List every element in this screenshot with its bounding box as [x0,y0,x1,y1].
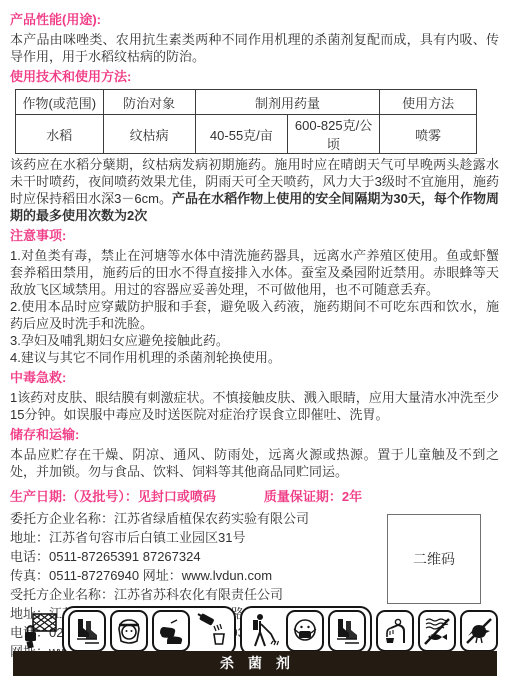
section-title-performance: 产品性能(用途): [10,12,499,28]
toxic-to-birds-icon [460,610,498,652]
col-header-target: 防治对象 [103,90,195,115]
section-title-first-aid: 中毒急救: [10,370,499,386]
precaution-item: 4.建议与其它不同作用机理的杀菌剂轮换使用。 [10,349,499,366]
precaution-item: 3.孕妇及哺乳期妇女应避免接触此药。 [10,332,499,349]
qr-code-label: 二维码 [413,549,455,569]
qr-code-placeholder: 二维码 [387,514,481,604]
warranty-label: 质量保证期：2年 [264,486,362,505]
col-header-method: 使用方法 [380,90,477,115]
wear-gloves-icon [152,610,190,652]
wear-mask-icon [286,610,324,652]
usage-table-header-row: 作物(或范围) 防治对象 制剂用药量 使用方法 [16,90,477,115]
cell-method: 喷雾 [380,115,477,154]
careful-pouring-icon [194,611,230,651]
production-date-line: 生产日期:（及批号）：见封口或喷码 质量保证期：2年 [10,486,499,505]
precaution-item: 1.对鱼类有毒，禁止在河塘等水体中清洗施药器具，远离水产养殖区使用。鱼或虾蟹套养… [10,247,499,298]
section-title-precautions: 注意事项: [10,228,499,244]
wash-after-use-icon [376,610,414,652]
locked-storage-icon [22,611,58,651]
col-header-dosage: 制剂用药量 [195,90,379,115]
cell-crop: 水稻 [16,115,104,154]
banner-text: 杀菌剂 [220,655,304,671]
production-date-label: 生产日期:（及批号）：见封口或喷码 [10,486,216,505]
safety-pictogram-row [0,606,513,656]
cell-dose-per-mu: 40-55克/亩 [195,115,287,154]
first-aid-body: 1该药对皮肤、眼结膜有刺激症状。不慎接触皮肤、溅入眼睛，应用大量清水冲洗至少15… [10,389,499,423]
col-header-crop: 作物(或范围) [16,90,104,115]
usage-table-data-row: 水稻 纹枯病 40-55克/亩 600-825克/公顷 喷雾 [16,115,477,154]
storage-body: 本品应贮存在干燥、阴凉、通风、防雨处，远离火源或热源。置于儿童触及不到之处，并加… [10,446,499,480]
wear-boots-icon [328,610,366,652]
product-category-banner: 杀菌剂 [13,651,497,676]
performance-body: 本产品由咪唑类、农用抗生素类两种不同作用机理的杀菌剂复配而成，具有内吸、传导作用… [10,31,499,65]
precaution-items: 1.对鱼类有毒，禁止在河塘等水体中清洗施药器具，远离水产养殖区使用。鱼或虾蟹套养… [10,247,499,366]
usage-table: 作物(或范围) 防治对象 制剂用药量 使用方法 水稻 纹枯病 40-55克/亩 … [15,89,477,154]
wear-boots-icon [68,610,106,652]
pesticide-label-page: 产品性能(用途): 本产品由咪唑类、农用抗生素类两种不同作用机理的杀菌剂复配而成… [0,0,513,687]
cell-dose-per-hectare: 600-825克/公顷 [287,115,379,154]
spray-application-icon [246,611,282,651]
cell-target: 纹枯病 [103,115,195,154]
section-title-usage: 使用技术和使用方法: [10,69,499,85]
section-title-storage: 储存和运输: [10,427,499,443]
wear-face-shield-icon [110,610,148,652]
usage-note: 该药应在水稻分蘖期，纹枯病发病初期施药。施用时应在晴朗天气可早晚两头趁露水未干时… [10,156,499,224]
toxic-to-fish-icon [418,610,456,652]
protective-equipment-group [62,606,236,656]
application-protection-group [240,606,372,656]
precaution-item: 2.使用本品时应穿戴防护服和手套，避免吸入药液，施药期间不可吃东西和饮水，施药后… [10,298,499,332]
